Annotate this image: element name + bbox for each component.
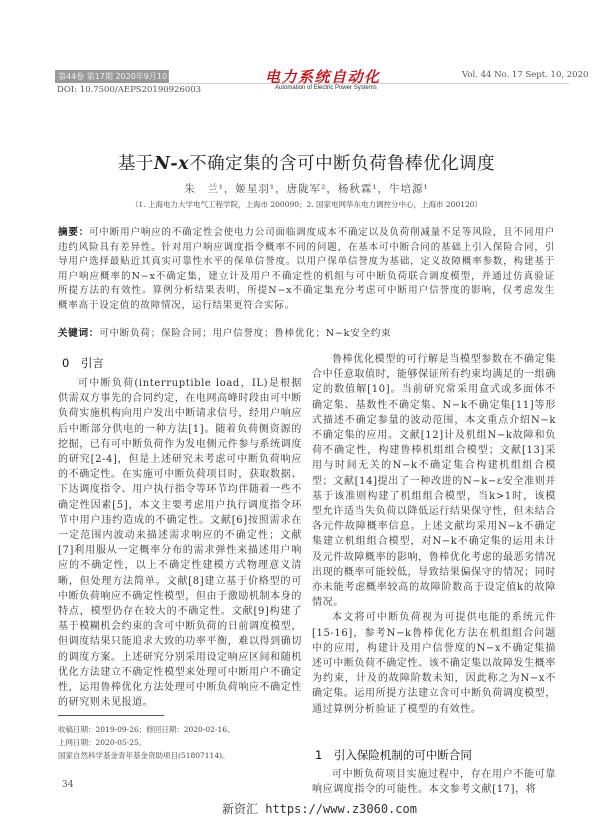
issue-badge: 第44卷 第17期 2020年9月10日 — [55, 70, 169, 83]
right-column-cont: 可中断负荷项目实施过程中，存在用户不能可靠响应调度指令的可能性。本文参考文献[1… — [312, 767, 556, 797]
journal-logo-cn: 电力系统自动化 — [265, 66, 381, 87]
footnotes: 收稿日期：2019-09-26；修回日期：2020-02-16。 上网日期：20… — [58, 723, 234, 762]
body-paragraph: 本文将可中断负荷视为可提供电能的系统元件[15-16]，参考N−k鲁棒优化方法在… — [312, 610, 556, 716]
section-heading-1: 1 引入保险机制的可中断合同 — [315, 747, 472, 763]
title-prefix: 基于 — [118, 154, 154, 174]
watermark: 新资汇 https://www.z3060.com — [222, 800, 417, 817]
article-title: 基于N-x不确定集的含可中断负荷鲁棒优化调度 — [0, 150, 613, 175]
left-column: 可中断负荷(interruptible load，IL)是根据供需双方事先的合同… — [58, 376, 302, 710]
doi: DOI: 10.7500/AEPS20190926003 — [57, 85, 201, 95]
footnote-received: 收稿日期：2019-09-26；修回日期：2020-02-16。 — [58, 723, 234, 736]
authors: 朱 兰¹，姬星羽¹，唐陇军²，杨秋霖¹，牛培源¹ — [0, 181, 613, 196]
footnote-online: 上网日期：2020-05-25。 — [58, 736, 234, 749]
right-column: 鲁棒优化模型的可行解是当模型参数在不确定集合中任意取值时，能够保证所有约束均满足… — [312, 352, 556, 717]
keywords-text: 可中断负荷；保险合同；用户信誉度；鲁棒优化；N−k安全约束 — [99, 328, 391, 339]
body-paragraph: 鲁棒优化模型的可行解是当模型参数在不确定集合中任意取值时，能够保证所有约束均满足… — [312, 352, 556, 610]
section-heading-intro: 0 引言 — [62, 355, 104, 371]
body-paragraph: 可中断负荷项目实施过程中，存在用户不能可靠响应调度指令的可能性。本文参考文献[1… — [312, 767, 556, 797]
abstract-text: 可中断用户响应的不确定性会使电力公司面临调度成本不确定以及负荷削减量不足等风险，… — [58, 227, 555, 311]
title-math: N-x — [154, 154, 189, 174]
footnote-rule — [58, 715, 164, 716]
keywords-label: 关键词： — [58, 328, 99, 339]
abstract: 摘要：可中断用户响应的不确定性会使电力公司面临调度成本不确定以及负荷削减量不足等… — [58, 226, 555, 313]
title-suffix: 不确定集的含可中断负荷鲁棒优化调度 — [189, 154, 495, 174]
journal-name-en: Automation of Electric Power Systems — [275, 85, 377, 91]
abstract-label: 摘要： — [58, 227, 89, 238]
page-number: 34 — [62, 780, 73, 790]
body-paragraph: 可中断负荷(interruptible load，IL)是根据供需双方事先的合同… — [58, 376, 302, 710]
keywords: 关键词：可中断负荷；保险合同；用户信誉度；鲁棒优化；N−k安全约束 — [58, 325, 555, 339]
footnote-funding: 国家自然科学基金青年基金资助项目(51807114)。 — [58, 749, 234, 762]
affiliations: （1. 上海电力大学电气工程学院，上海市 200090；2. 国家电网华东电力调… — [0, 199, 613, 210]
volume-info: Vol. 44 No. 17 Sept. 10, 2020 — [462, 70, 588, 80]
